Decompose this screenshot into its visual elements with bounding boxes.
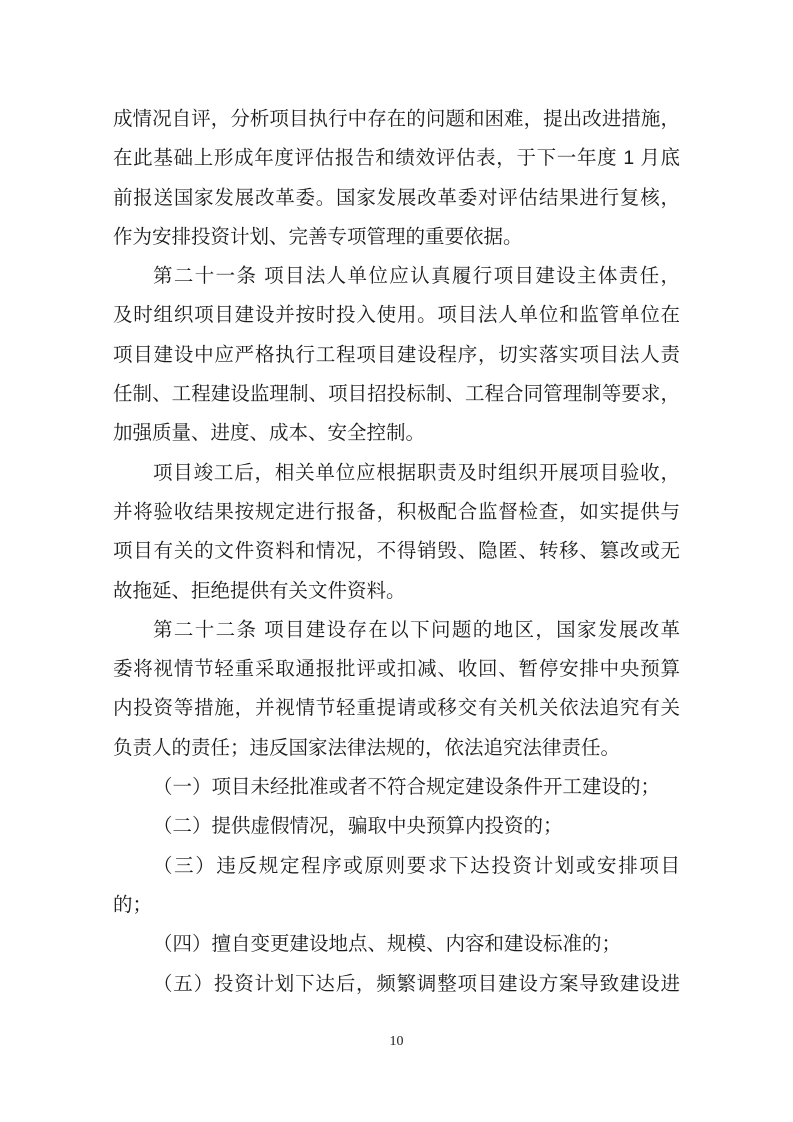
text-line: 委将视情节轻重采取通报批评或扣减、收回、暂停安排中央预算 (113, 650, 680, 689)
text-line: 成情况自评，分析项目执行中存在的问题和困难，提出改进措施， (113, 100, 680, 139)
text-line: 第二十一条 项目法人单位应认真履行项目建设主体责任， (113, 257, 680, 296)
text-line: 并将验收结果按规定进行报备，积极配合监督检查，如实提供与 (113, 493, 680, 532)
text-line: 故拖延、拒绝提供有关文件资料。 (113, 572, 680, 611)
page-number: 10 (390, 1034, 404, 1049)
text-line: 任制、工程建设监理制、项目招投标制、工程合同管理制等要求， (113, 375, 680, 414)
text-line: 第二十二条 项目建设存在以下问题的地区，国家发展改革 (113, 611, 680, 650)
text-line: （四）擅自变更建设地点、规模、内容和建设标准的； (113, 925, 680, 964)
text-line: 的； (113, 886, 680, 925)
text-line: 作为安排投资计划、完善专项管理的重要依据。 (113, 218, 680, 257)
text-line: （五）投资计划下达后，频繁调整项目建设方案导致建设进 (113, 965, 680, 1004)
text-line: 在此基础上形成年度评估报告和绩效评估表，于下一年度 1 月底 (113, 139, 680, 178)
text-line: 项目竣工后，相关单位应根据职责及时组织开展项目验收， (113, 454, 680, 493)
text-line: 项目有关的文件资料和情况，不得销毁、隐匿、转移、篡改或无 (113, 532, 680, 571)
page-footer: 10 (0, 1032, 793, 1050)
text-line: 及时组织项目建设并按时投入使用。项目法人单位和监管单位在 (113, 296, 680, 335)
text-line: （一）项目未经批准或者不符合规定建设条件开工建设的； (113, 768, 680, 807)
text-line: 加强质量、进度、成本、安全控制。 (113, 414, 680, 453)
document-page: 成情况自评，分析项目执行中存在的问题和困难，提出改进措施，在此基础上形成年度评估… (0, 0, 793, 1122)
document-body: 成情况自评，分析项目执行中存在的问题和困难，提出改进措施，在此基础上形成年度评估… (113, 100, 680, 1004)
text-line: （三）违反规定程序或原则要求下达投资计划或安排项目 (113, 847, 680, 886)
text-line: 内投资等措施，并视情节轻重提请或移交有关机关依法追究有关 (113, 689, 680, 728)
text-line: （二）提供虚假情况，骗取中央预算内投资的； (113, 807, 680, 846)
text-line: 前报送国家发展改革委。国家发展改革委对评估结果进行复核， (113, 179, 680, 218)
text-line: 项目建设中应严格执行工程项目建设程序，切实落实项目法人责 (113, 336, 680, 375)
text-line: 负责人的责任；违反国家法律法规的，依法追究法律责任。 (113, 729, 680, 768)
